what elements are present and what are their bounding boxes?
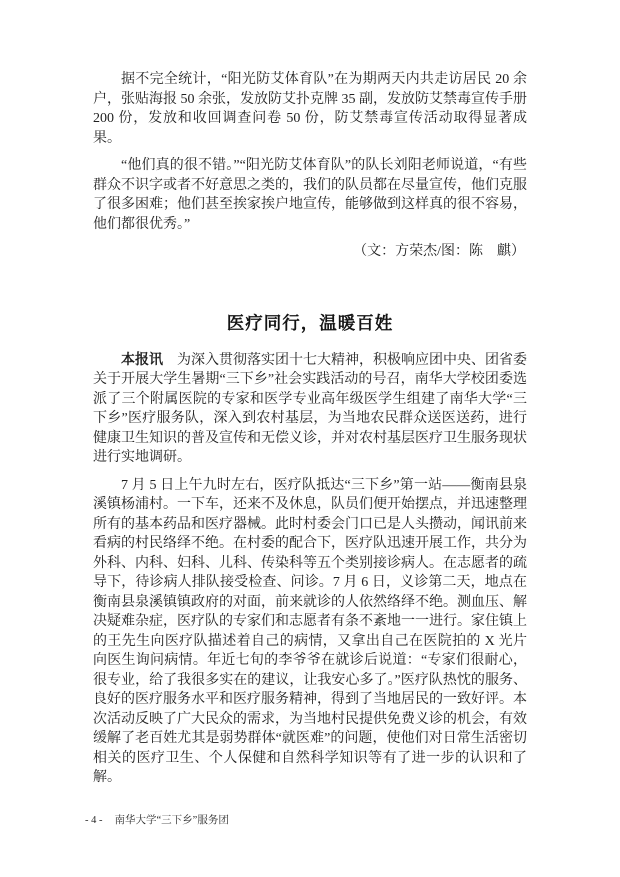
article-sports-team-conclusion: 据不完全统计，“阳光防艾体育队”在为期两天内共走访居民 20 余户，张贴海报 5… — [93, 70, 527, 262]
page-number: - 4 - — [85, 815, 103, 826]
article-title: 医疗同行，温暖百姓 — [93, 308, 527, 338]
page-content: 据不完全统计，“阳光防艾体育队”在为期两天内共走访居民 20 余户，张贴海报 5… — [93, 70, 527, 796]
paragraph-lead: 本报讯 为深入贯彻落实团十七大精神，积极响应团中央、团省委关于开展大学生暑期“三… — [93, 351, 527, 468]
paragraph-event-report: 7 月 5 日上午九时左右，医疗队抵达“三下乡”第一站——衡南县泉溪镇杨浦村。一… — [93, 476, 527, 788]
document-page: 据不完全统计，“阳光防艾体育队”在为期两天内共走访居民 20 余户，张贴海报 5… — [0, 0, 620, 877]
news-lead-label: 本报讯 — [121, 353, 163, 368]
paragraph-statistics: 据不完全统计，“阳光防艾体育队”在为期两天内共走访居民 20 余户，张贴海报 5… — [93, 70, 527, 148]
footer-site-name: 南华大学“三下乡”服务团 — [115, 815, 229, 826]
paragraph-quote: “他们真的很不错。”“阳光防艾体育队”的队长刘阳老师说道，“有些群众不识字或者不… — [93, 156, 527, 234]
lead-body-text: 为深入贯彻落实团十七大精神，积极响应团中央、团省委关于开展大学生暑期“三下乡”社… — [93, 353, 527, 466]
byline: （文：方荣杰/图：陈 麒） — [93, 242, 525, 262]
page-footer: - 4 -南华大学“三下乡”服务团 — [85, 814, 229, 828]
article-medical-service: 医疗同行，温暖百姓 本报讯 为深入贯彻落实团十七大精神，积极响应团中央、团省委关… — [93, 308, 527, 788]
